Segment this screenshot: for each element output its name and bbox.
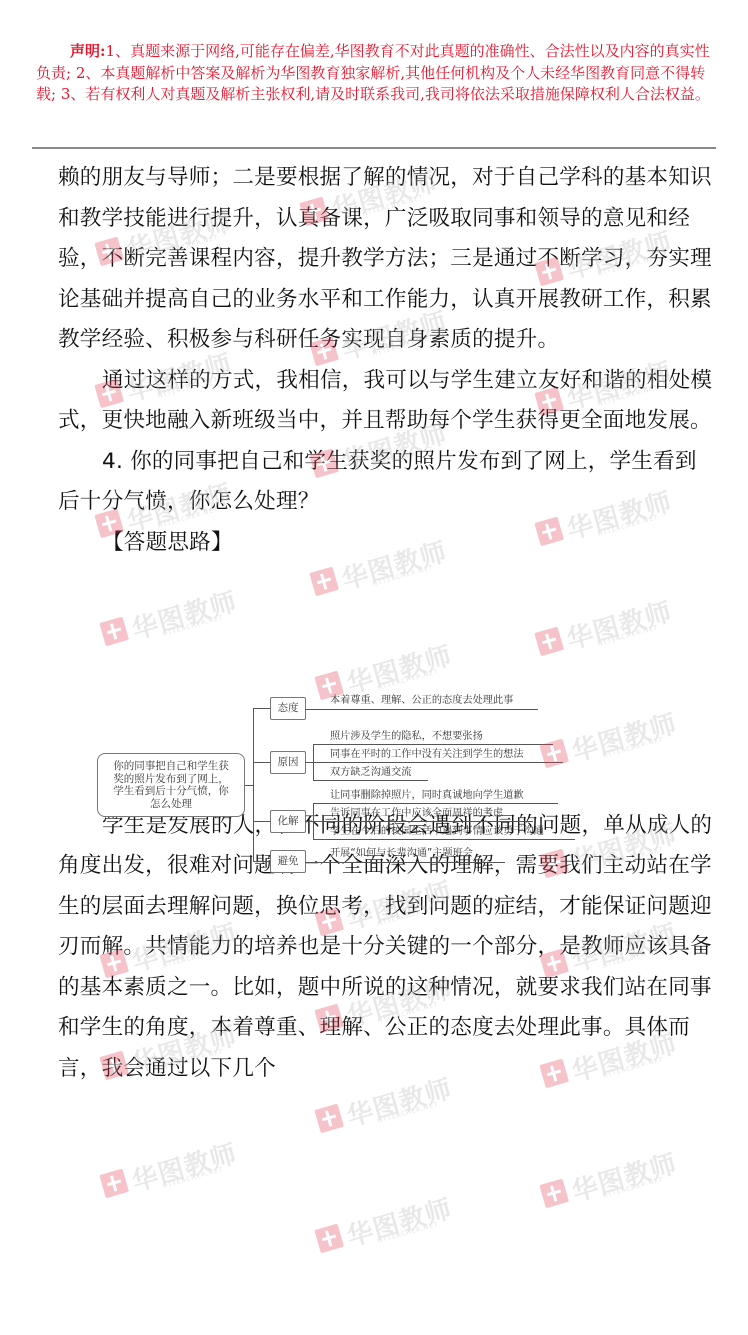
watermark: 华图教师HTTEACHER.NET: [538, 1140, 692, 1214]
mindmap-leaf: 让同事删除掉照片，同时真诚地向学生道歉: [330, 789, 524, 802]
paragraph-continued: 赖的朋友与导师；二是要根据了解的情况，对于自己学科的基本知识和教学技能进行提升，…: [58, 158, 718, 361]
mindmap-leaf: 学生在今后的校园生活中遇到事情应该勇于沟通: [330, 825, 544, 838]
mindmap-center-node: 你的同事把自己和学生获奖的照片发布到了网上，学生看到后十分气愤，你怎么处理: [97, 753, 245, 817]
watermark-logo-icon: [539, 1179, 569, 1209]
leaf-underline: [313, 762, 563, 763]
disclaimer-text: 1、真题来源于网络,可能存在偏差,华图教育不对此真题的准确性、合法性以及内容的真…: [36, 42, 710, 103]
watermark: 华图教师HTTEACHER.NET: [313, 1185, 467, 1259]
leaf-underline: [313, 839, 575, 840]
leaf-underline: [313, 744, 553, 745]
mindmap-branch-resolve: 化解: [270, 810, 306, 833]
mindmap-leaf: 告诉同事在工作中应该全面周祥的考虑: [330, 807, 503, 820]
mindmap-leaf: 本着尊重、理解、公正的态度去处理此事: [330, 694, 513, 707]
leaf-underline: [313, 780, 428, 781]
document-body: 赖的朋友与导师；二是要根据了解的情况，对于自己学科的基本知识和教学技能进行提升，…: [58, 158, 718, 1089]
connector: [305, 821, 313, 822]
connector: [253, 708, 270, 709]
mindmap-leaf: 同事在平时的工作中没有关注到学生的想法: [330, 748, 524, 761]
heading-thinking: 【答题思路】: [58, 523, 718, 564]
connector: [245, 785, 253, 786]
disclaimer: 声明:1、真题来源于网络,可能存在偏差,华图教育不对此真题的准确性、合法性以及内…: [36, 41, 716, 106]
watermark-logo-icon: [314, 1224, 344, 1254]
question-4: 4. 你的同事把自己和学生获奖的照片发布到了网上，学生看到后十分气愤，你怎么处理…: [58, 442, 718, 523]
connector: [253, 708, 254, 862]
connector: [305, 762, 313, 763]
leaf-underline: [305, 862, 505, 863]
disclaimer-lead: 声明:: [70, 42, 106, 60]
mindmap-branch-cause: 原因: [270, 751, 306, 774]
connector: [253, 821, 270, 822]
connector: [253, 861, 270, 862]
watermark-logo-icon: [99, 1169, 129, 1199]
mindmap-leaf: 开展“如何与长辈沟通”主题班会: [330, 847, 473, 860]
leaf-underline: [305, 709, 538, 710]
watermark: 华图教师HTTEACHER.NET: [98, 1130, 252, 1204]
mindmap-branch-attitude: 态度: [270, 697, 306, 720]
connector: [253, 762, 270, 763]
mindmap-branch-avoid: 避免: [270, 850, 306, 873]
header-divider: [32, 147, 716, 149]
mindmap-leaf: 双方缺乏沟通交流: [330, 766, 412, 779]
leaf-underline: [313, 803, 558, 804]
paragraph-conclusion: 通过这样的方式，我相信，我可以与学生建立友好和谐的相处模式，更快地融入新班级当中…: [58, 361, 718, 442]
leaf-underline: [313, 821, 533, 822]
mindmap-leaf: 照片涉及学生的隐私，不想要张扬: [330, 730, 483, 743]
watermark-logo-icon: [314, 1104, 344, 1134]
